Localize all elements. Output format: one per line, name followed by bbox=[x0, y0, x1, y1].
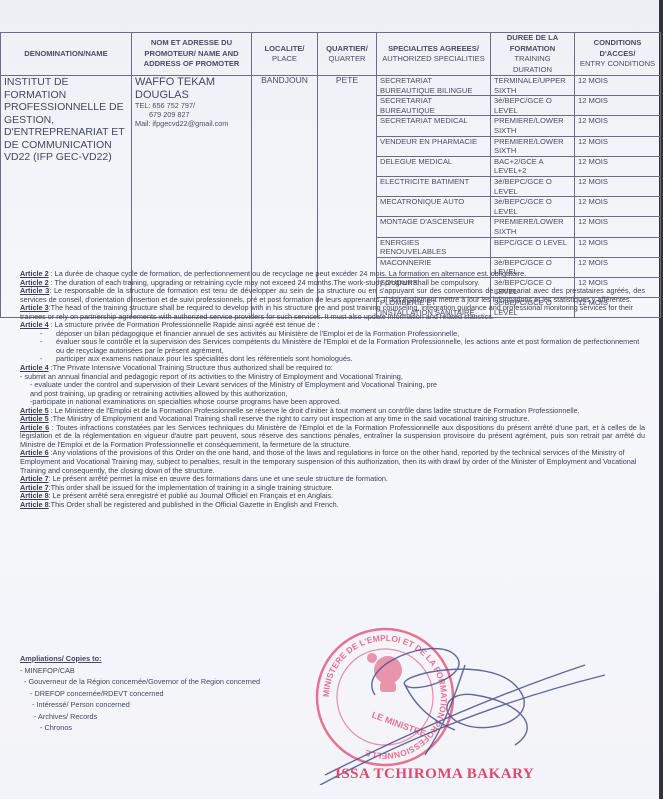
speciality-duration: PREMIERE/LOWER SIXTH bbox=[491, 217, 575, 237]
speciality-name: ENERGIES RENOUVELABLES bbox=[377, 237, 491, 257]
speciality-duration: PREMIERE/LOWER SIXTH bbox=[491, 116, 575, 136]
speciality-condition: 12 MOIS bbox=[575, 116, 661, 136]
speciality-name: MONTAGE D'ASCENSEUR bbox=[377, 217, 491, 237]
speciality-name: SECRETARIAT MEDICAL bbox=[377, 116, 491, 136]
articles-section: Article 2 : La durée de chaque cycle de … bbox=[20, 270, 645, 509]
speciality-name: SECRETARIAT BUREAUTIQUE BILINGUE bbox=[377, 76, 491, 96]
speciality-name: DELEGUE MEDICAL bbox=[377, 156, 491, 176]
speciality-condition: 12 MOIS bbox=[575, 96, 661, 116]
speciality-name: MECATRONIQUE AUTO bbox=[377, 197, 491, 217]
article-8-en: Article 8:This Order shall be registered… bbox=[20, 501, 645, 510]
speciality-duration: BEPC/GCE O LEVEL bbox=[491, 237, 575, 257]
article-3-en: Article 3:The head of the training struc… bbox=[20, 304, 645, 321]
table-header-row: DENOMINATION/NAME NOM ET ADRESSE DU PROM… bbox=[1, 33, 661, 76]
header-specialities: SPECIALITES AGREEES/AUTHORIZED SPECIALIT… bbox=[377, 33, 491, 76]
speciality-condition: 12 MOIS bbox=[575, 217, 661, 237]
promoter-tel: TEL: 656 752 797/ bbox=[135, 101, 248, 110]
dash: - bbox=[40, 355, 42, 364]
copies-item: - Chronos bbox=[20, 722, 260, 734]
speciality-name: SECRETARIAT BUREAUTIQUE bbox=[377, 96, 491, 116]
promoter-tel-2: 679 209 827 bbox=[135, 110, 248, 119]
header-promoter: NOM ET ADRESSE DU PROMOTEUR/ NAME AND AD… bbox=[132, 33, 252, 76]
speciality-duration: PREMIERE/LOWER SIXTH bbox=[491, 136, 575, 156]
copies-item: - Archives/ Records bbox=[20, 711, 260, 723]
table-row: INSTITUT DE FORMATION PROFESSIONNELLE DE… bbox=[1, 76, 661, 96]
article-6-en: Article 6 :Any violations of the provisi… bbox=[20, 449, 645, 475]
article-4-fr-item: -évaluer sous le contrôle et la supervis… bbox=[20, 338, 645, 355]
header-conditions: CONDITIONS D'ACCES/ENTRY CONDITIONS bbox=[575, 33, 661, 76]
speciality-duration: 3è/BEPC/GCE O LEVEL bbox=[491, 96, 575, 116]
speciality-condition: 12 MOIS bbox=[575, 76, 661, 96]
copies-item: - DREFOP concernée/RDEVT concerned bbox=[20, 688, 260, 700]
speciality-condition: 12 MOIS bbox=[575, 156, 661, 176]
speciality-duration: 3è/BEPC/GCE O LEVEL bbox=[491, 176, 575, 196]
signature-icon bbox=[315, 635, 615, 785]
article-3-fr: Article 3: Le responsable de la structur… bbox=[20, 287, 645, 304]
promoter-name: WAFFO TEKAM DOUGLAS bbox=[135, 76, 248, 101]
header-place: LOCALITE/PLACE bbox=[252, 33, 318, 76]
speciality-condition: 12 MOIS bbox=[575, 197, 661, 217]
speciality-condition: 12 MOIS bbox=[575, 176, 661, 196]
article-6-fr: Article 6 : Toutes infractions constatée… bbox=[20, 424, 645, 450]
copies-item: - MINEFOP/CAB bbox=[20, 665, 260, 677]
speciality-condition: 12 MOIS bbox=[575, 237, 661, 257]
copies-heading: Ampliations/ Copies to: bbox=[20, 653, 260, 665]
article-4-en-item: - evaluate under the control and supervi… bbox=[20, 381, 440, 398]
speciality-condition: 12 MOIS bbox=[575, 136, 661, 156]
dash: - bbox=[40, 338, 42, 347]
speciality-duration: 3è/BEPC/GCE O LEVEL bbox=[491, 197, 575, 217]
copies-item: - Intéressé/ Person concerned bbox=[20, 699, 260, 711]
copies-item: - Gouverneur de la Région concernée/Gove… bbox=[20, 676, 260, 688]
promoter-mail: Mail: ifpgecvd22@gmail.com bbox=[135, 119, 248, 128]
speciality-name: VENDEUR EN PHARMACIE bbox=[377, 136, 491, 156]
copies-section: Ampliations/ Copies to: - MINEFOP/CAB - … bbox=[20, 653, 260, 734]
speciality-name: ELECTRICITE BATIMENT bbox=[377, 176, 491, 196]
header-duration: DUREE DE LA FORMATIONTRAINING DURATION bbox=[491, 33, 575, 76]
header-quarter: QUARTIER/QUARTER bbox=[318, 33, 377, 76]
speciality-duration: BAC+2/GCE A LEVEL+2 bbox=[491, 156, 575, 176]
article-4-fr-item: -participer aux examens nationaux pour l… bbox=[20, 355, 645, 364]
signatory-name: ISSA TCHIROMA BAKARY bbox=[335, 766, 534, 783]
header-name: DENOMINATION/NAME bbox=[1, 33, 132, 76]
speciality-duration: TERMINALE/UPPER SIXTH bbox=[491, 76, 575, 96]
